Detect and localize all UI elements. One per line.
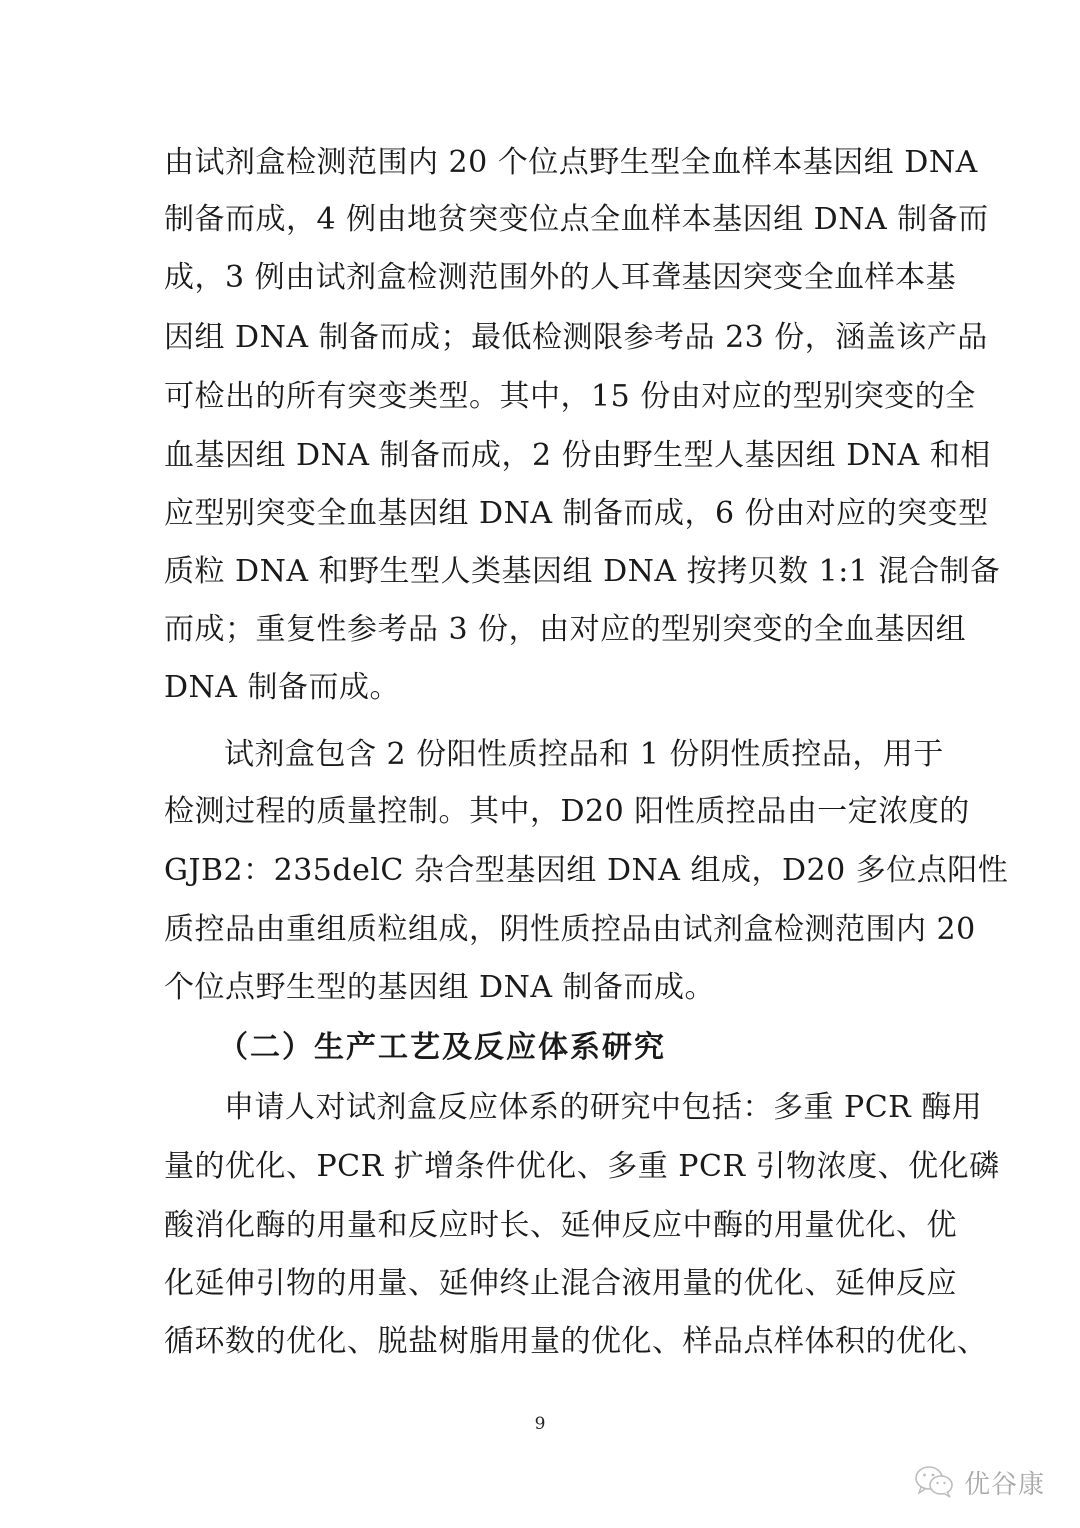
- paragraph-1-line-1: 由试剂盒检测范围内 20 个位点野生型全血样本基因组 DNA: [164, 143, 916, 183]
- paragraph-1-line-10: DNA 制备而成。: [164, 668, 916, 708]
- paragraph-2-line-5: 个位点野生型的基因组 DNA 制备而成。: [164, 968, 916, 1008]
- paragraph-1-line-2: 制备而成，4 例由地贫突变位点全血样本基因组 DNA 制备而: [164, 200, 916, 240]
- paragraph-1-line-4: 因组 DNA 制备而成；最低检测限参考品 23 份，涵盖该产品: [164, 318, 916, 358]
- paragraph-1-line-7: 应型别突变全血基因组 DNA 制备而成，6 份由对应的突变型: [164, 494, 916, 534]
- paragraph-3-line-5: 循环数的优化、脱盐树脂用量的优化、样品点样体积的优化、: [164, 1322, 916, 1362]
- paragraph-1-line-6: 血基因组 DNA 制备而成，2 份由野生型人基因组 DNA 和相: [164, 436, 916, 476]
- paragraph-2-line-3: GJB2：235delC 杂合型基因组 DNA 组成，D20 多位点阳性: [164, 851, 916, 891]
- paragraph-1-line-8: 质粒 DNA 和野生型人类基因组 DNA 按拷贝数 1:1 混合制备: [164, 552, 916, 592]
- watermark: 优谷康: [914, 1462, 1045, 1502]
- page-number: 9: [0, 1414, 1080, 1434]
- watermark-text: 优谷康: [964, 1464, 1045, 1501]
- paragraph-3-line-2: 量的优化、PCR 扩增条件优化、多重 PCR 引物浓度、优化磷: [164, 1147, 916, 1187]
- paragraph-1-line-3: 成，3 例由试剂盒检测范围外的人耳聋基因突变全血样本基: [164, 258, 916, 298]
- paragraph-2-line-1: 试剂盒包含 2 份阳性质控品和 1 份阴性质控品，用于: [224, 735, 916, 775]
- wechat-icon: [914, 1464, 956, 1500]
- section-heading: （二）生产工艺及反应体系研究: [218, 1028, 666, 1068]
- paragraph-2-line-4: 质控品由重组质粒组成，阴性质控品由试剂盒检测范围内 20: [164, 910, 916, 950]
- paragraph-1-line-9: 而成；重复性参考品 3 份，由对应的型别突变的全血基因组: [164, 610, 916, 650]
- paragraph-1-line-5: 可检出的所有突变类型。其中，15 份由对应的型别突变的全: [164, 377, 916, 417]
- paragraph-3-line-4: 化延伸引物的用量、延伸终止混合液用量的优化、延伸反应: [164, 1264, 916, 1304]
- paragraph-2-line-2: 检测过程的质量控制。其中，D20 阳性质控品由一定浓度的: [164, 792, 916, 832]
- document-page: 由试剂盒检测范围内 20 个位点野生型全血样本基因组 DNA 制备而成，4 例由…: [0, 0, 1080, 1528]
- paragraph-3-line-1: 申请人对试剂盒反应体系的研究中包括：多重 PCR 酶用: [224, 1088, 916, 1128]
- paragraph-3-line-3: 酸消化酶的用量和反应时长、延伸反应中酶的用量优化、优: [164, 1206, 916, 1246]
